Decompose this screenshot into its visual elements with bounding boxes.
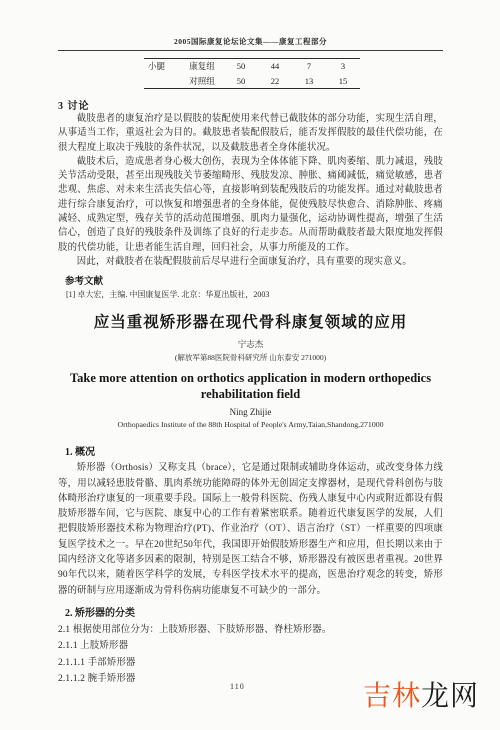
discussion-paragraph: 截肢术后，造成患者身心极大创伤，表现为全体体能下降、肌肉萎缩、肌力减退，残肢关节…	[58, 155, 443, 255]
watermark-part2: 龙网	[421, 679, 479, 712]
reference-item: [1] 卓大宏，主编. 中国康复医学. 北京：华夏出版社，2003	[66, 289, 443, 300]
table-row: 小腿康复组504473	[144, 59, 360, 74]
watermark-part1: 吉林	[363, 679, 421, 712]
table-cell: 小腿	[144, 59, 180, 74]
section2-heading: 2. 矫形器的分类	[65, 604, 443, 619]
document-page: 2005国际康复论坛论文集——康复工程部分 小腿康复组504473对照组5022…	[0, 0, 500, 730]
table-cell	[144, 74, 180, 89]
table-cell: 对照组	[180, 74, 224, 89]
watermark: 吉林龙网	[363, 674, 479, 714]
discussion-paragraph: 因此，对截肢者在装配假肢前后尽早进行全面康复治疗，具有重要的现实意义。	[58, 255, 443, 269]
article-affiliation-zh: (解放军第88医院骨科研究所 山东泰安 271000)	[58, 352, 443, 363]
article-author-zh: 宁志杰	[58, 338, 443, 350]
references-heading: 参考文献	[65, 273, 443, 287]
page-number: 110	[230, 682, 245, 691]
table-cell: 50	[224, 59, 258, 74]
results-table: 小腿康复组504473对照组50221315	[144, 58, 360, 89]
table-cell: 13	[292, 74, 326, 89]
table-cell: 7	[292, 59, 326, 74]
classification-line: 2.1.1.1 手部矫形器	[58, 655, 443, 672]
classification-line: 2.1 根据使用部位分为：上肢矫形器、下肢矫形器、脊柱矫形器。	[58, 622, 443, 639]
running-head-text: 2005国际康复论坛论文集——康复工程部分	[174, 37, 327, 46]
table-cell: 50	[224, 74, 258, 89]
table-cell: 22	[258, 74, 292, 89]
article-title-en: Take more attention on orthotics applica…	[58, 370, 443, 402]
discussion-paragraphs: 截肢患者的康复治疗是以假肢的装配使用来代替已截肢体的部分功能，实现生活自理，从事…	[58, 112, 443, 269]
article-author-en: Ning Zhijie	[58, 407, 443, 417]
discussion-heading: 3 讨论	[58, 97, 443, 112]
table-cell: 康复组	[180, 59, 224, 74]
table-cell: 3	[326, 59, 360, 74]
discussion-paragraph: 截肢患者的康复治疗是以假肢的装配使用来代替已截肢体的部分功能，实现生活自理，从事…	[58, 112, 443, 155]
running-head: 2005国际康复论坛论文集——康复工程部分	[58, 36, 443, 51]
results-table-body: 小腿康复组504473对照组50221315	[144, 59, 360, 89]
table-cell: 15	[326, 74, 360, 89]
table-row: 对照组50221315	[144, 74, 360, 89]
article-affiliation-en: Orthopaedics Institute of the 88th Hospi…	[58, 420, 443, 429]
classification-line: 2.1.1 上肢矫形器	[58, 638, 443, 655]
table-cell: 44	[258, 59, 292, 74]
article-title-zh: 应当重视矫形器在现代骨科康复领域的应用	[58, 310, 443, 332]
section1-paragraph: 矫形器（Orthosis）又称支具（brace），它是通过限制或辅助身体运动，或…	[58, 461, 443, 599]
references-list: [1] 卓大宏，主编. 中国康复医学. 北京：华夏出版社，2003	[58, 289, 443, 300]
section1-heading: 1. 概况	[65, 443, 443, 458]
